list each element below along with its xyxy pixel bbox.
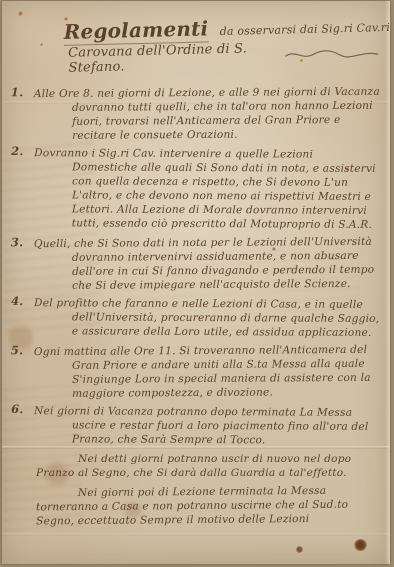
rule-item: 1. Alle Ore 8. nei giorni di Lezione, e … bbox=[2, 85, 390, 144]
rule-item: 2. Dovranno i Sig.ri Cav. intervenire a … bbox=[2, 146, 390, 232]
title-main-word: Regolamenti bbox=[63, 16, 208, 46]
item-number: 6. bbox=[11, 402, 23, 416]
item-text: Nei giorni di Vacanza potranno dopo term… bbox=[72, 404, 381, 448]
title-flourish bbox=[284, 47, 380, 61]
rule-item: 6. Nei giorni di Vacanza potranno dopo t… bbox=[2, 404, 390, 448]
closing-paragraph: Nei giorni poi di Lezione terminata la M… bbox=[2, 483, 390, 528]
item-text: Ogni mattina alle Ore 11. Si troveranno … bbox=[72, 343, 381, 401]
rules-list: 1. Alle Ore 8. nei giorni di Lezione, e … bbox=[2, 86, 390, 447]
item-number: 2. bbox=[11, 144, 23, 158]
item-text: Del profitto che faranno e nelle Lezioni… bbox=[72, 296, 381, 340]
item-text: Dovranno i Sig.ri Cav. intervenire a que… bbox=[72, 146, 381, 232]
title-line2: Carovana dell'Ordine di S. Stefano. bbox=[68, 38, 381, 76]
item-text: Alle Ore 8. nei giorni di Lezione, e all… bbox=[72, 85, 381, 143]
closing-paragraph: Nei detti giorni potranno uscir di nuovo… bbox=[2, 452, 390, 480]
rule-item: 3. Quelli, che Si Sono dati in nota per … bbox=[2, 235, 390, 294]
item-number: 1. bbox=[11, 85, 24, 99]
title-subtitle: da osservarsi dai Sig.ri Cav.ri della bbox=[220, 20, 394, 38]
item-number: 5. bbox=[11, 343, 24, 357]
item-text: Quelli, che Si Sono dati in nota per le … bbox=[72, 235, 381, 293]
rule-item: 5. Ogni mattina alle Ore 11. Si troveran… bbox=[2, 343, 390, 402]
item-number: 3. bbox=[11, 235, 24, 249]
title-line2-text: Carovana dell'Ordine di S. Stefano. bbox=[68, 41, 279, 76]
item-number: 4. bbox=[11, 294, 23, 308]
manuscript-content: Regolamenti da osservarsi dai Sig.ri Cav… bbox=[2, 1, 390, 564]
document-title: Regolamenti da osservarsi dai Sig.ri Cav… bbox=[63, 12, 380, 76]
rule-item: 4. Del profitto che faranno e nelle Lezi… bbox=[2, 296, 390, 340]
